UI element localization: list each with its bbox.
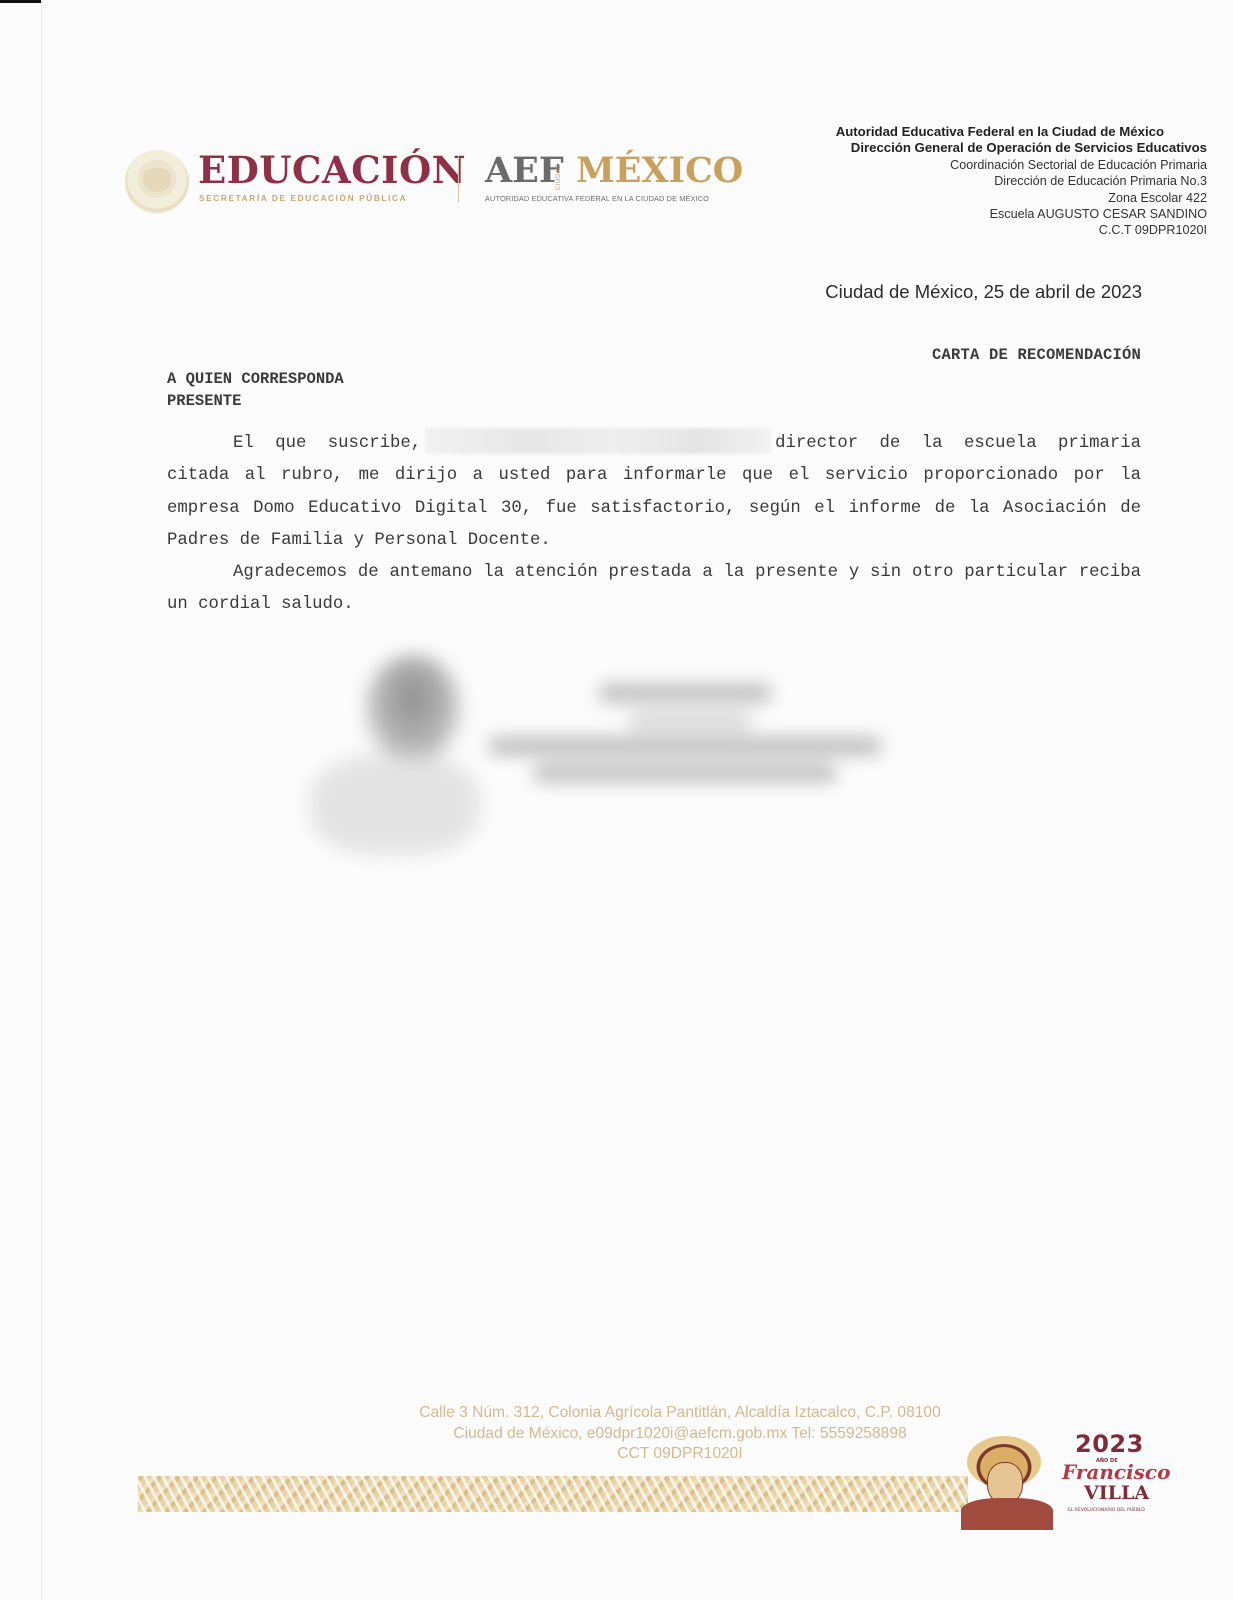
signature-line xyxy=(535,765,835,781)
institution-line: Escuela AUGUSTO CESAR SANDINO xyxy=(836,206,1207,222)
emblem-name-1: Francisco xyxy=(1062,1460,1170,1484)
scan-edge-mark xyxy=(0,0,42,3)
institution-line: Coordinación Sectorial de Educación Prim… xyxy=(836,157,1207,173)
education-logo-title: EDUCACIÓN xyxy=(198,148,466,192)
aef-logo-subtitle: AUTORIDAD EDUCATIVA FEDERAL EN LA CIUDAD… xyxy=(485,194,709,203)
scan-page-edge xyxy=(41,0,42,1600)
signature-line xyxy=(490,738,880,754)
signature-line xyxy=(600,685,770,701)
logo-divider xyxy=(458,156,459,202)
letter-body: El que suscribe,director de la escuela p… xyxy=(167,428,1141,622)
paragraph-1: El que suscribe,director de la escuela p… xyxy=(167,428,1141,557)
aef-logo-ciudad: CIUDAD xyxy=(556,164,562,190)
addressee-line-1: A QUIEN CORRESPONDA xyxy=(167,369,344,391)
school-stamp-icon xyxy=(365,655,461,765)
aef-logo-mexico: MÉXICO xyxy=(576,150,743,191)
footer-line-1: Calle 3 Núm. 312, Colonia Agrícola Panti… xyxy=(0,1403,1233,1424)
institution-line: Dirección General de Operación de Servic… xyxy=(836,140,1207,156)
school-stamp-body xyxy=(310,755,480,855)
letter-date: Ciudad de México, 25 de abril de 2023 xyxy=(825,281,1142,303)
institution-header: Autoridad Educativa Federal en la Ciudad… xyxy=(836,124,1207,239)
portrait-body-icon xyxy=(961,1498,1053,1530)
institution-line: Zona Escolar 422 xyxy=(836,190,1207,206)
institution-line: Dirección de Educación Primaria No.3 xyxy=(836,173,1207,189)
emblem-name-2: VILLA xyxy=(1084,1482,1149,1504)
signature-line xyxy=(630,713,750,729)
blurred-signature-block xyxy=(300,645,900,865)
paragraph-2: Agradecemos de antemano la atención pres… xyxy=(167,557,1141,622)
education-logo-subtitle: SECRETARÍA DE EDUCACIÓN PÚBLICA xyxy=(199,193,407,203)
emblem-tagline: EL REVOLUCIONARIO DEL PUEBLO xyxy=(1068,1508,1145,1513)
letter-title: CARTA DE RECOMENDACIÓN xyxy=(932,346,1141,364)
emblem-year: 2023 xyxy=(1075,1430,1144,1458)
aef-logo-text: AEF xyxy=(485,150,564,191)
institution-line: C.C.T 09DPR1020I xyxy=(836,222,1207,238)
mexican-seal-icon xyxy=(125,150,189,214)
addressee-line-2: PRESENTE xyxy=(167,391,344,413)
institution-line: Autoridad Educativa Federal en la Ciudad… xyxy=(836,124,1164,140)
addressee: A QUIEN CORRESPONDA PRESENTE xyxy=(167,369,344,412)
p1-intro: El que suscribe, xyxy=(233,434,421,453)
redacted-director-name xyxy=(425,428,771,454)
decorative-pattern-band xyxy=(138,1476,968,1512)
francisco-villa-emblem: 2023 AÑO DE Francisco VILLA EL REVOLUCIO… xyxy=(955,1430,1165,1530)
